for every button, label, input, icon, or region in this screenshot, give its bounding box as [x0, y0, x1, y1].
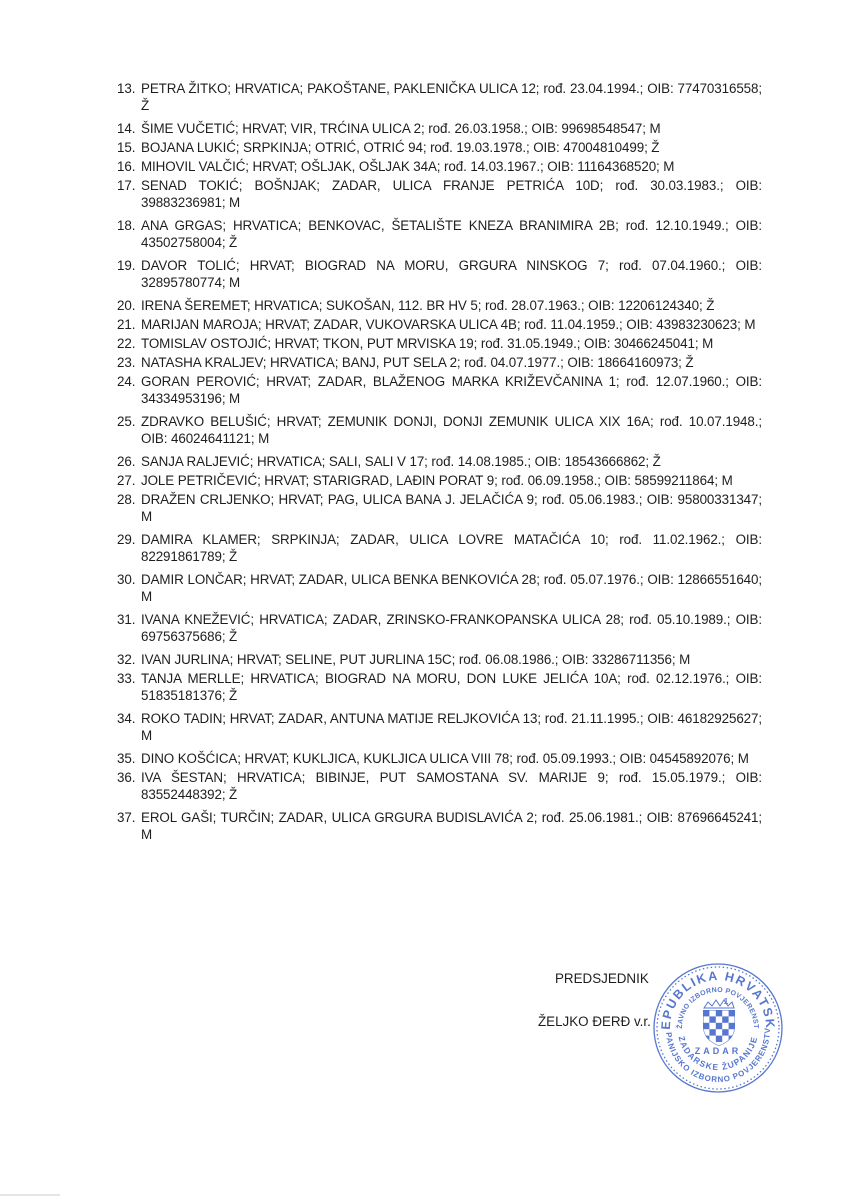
entry-number: 21. — [117, 316, 141, 333]
entry-text: TOMISLAV OSTOJIĆ; HRVAT; TKON, PUT MRVIS… — [141, 335, 762, 352]
entry-number: 28. — [117, 491, 141, 508]
entry-text: TANJA MERLLE; HRVATICA; BIOGRAD NA MORU,… — [141, 670, 762, 704]
list-item: 33.TANJA MERLLE; HRVATICA; BIOGRAD NA MO… — [117, 670, 762, 704]
entry-number: 29. — [117, 531, 141, 548]
list-item: 23.NATASHA KRALJEV; HRVATICA; BANJ, PUT … — [117, 354, 762, 371]
entry-number: 15. — [117, 139, 141, 156]
entry-text: IVAN JURLINA; HRVAT; SELINE, PUT JURLINA… — [141, 651, 762, 668]
list-item: 16.MIHOVIL VALČIĆ; HRVAT; OŠLJAK, OŠLJAK… — [117, 158, 762, 175]
entry-number: 16. — [117, 158, 141, 175]
entry-text: ZDRAVKO BELUŠIĆ; HRVAT; ZEMUNIK DONJI, D… — [141, 413, 762, 447]
list-item: 27.JOLE PETRIČEVIĆ; HRVAT; STARIGRAD, LA… — [117, 472, 762, 489]
list-item: 30.DAMIR LONČAR; HRVAT; ZADAR, ULICA BEN… — [117, 571, 762, 605]
candidate-list: 13.PETRA ŽITKO; HRVATICA; PAKOŠTANE, PAK… — [117, 80, 762, 849]
entry-text: MIHOVIL VALČIĆ; HRVAT; OŠLJAK, OŠLJAK 34… — [141, 158, 762, 175]
entry-text: DAMIR LONČAR; HRVAT; ZADAR, ULICA BENKA … — [141, 571, 762, 605]
entry-number: 30. — [117, 571, 141, 588]
list-item: 19.DAVOR TOLIĆ; HRVAT; BIOGRAD NA MORU, … — [117, 257, 762, 291]
signature-title: PREDSJEDNIK — [555, 970, 649, 987]
entry-text: IVA ŠESTAN; HRVATICA; BIBINJE, PUT SAMOS… — [141, 769, 762, 803]
entry-text: NATASHA KRALJEV; HRVATICA; BANJ, PUT SEL… — [141, 354, 762, 371]
entry-text: DAMIRA KLAMER; SRPKINJA; ZADAR, ULICA LO… — [141, 531, 762, 565]
list-item: 29.DAMIRA KLAMER; SRPKINJA; ZADAR, ULICA… — [117, 531, 762, 565]
entry-number: 14. — [117, 120, 141, 137]
entry-number: 20. — [117, 297, 141, 314]
entry-number: 22. — [117, 335, 141, 352]
list-item: 34.ROKO TADIN; HRVAT; ZADAR, ANTUNA MATI… — [117, 710, 762, 744]
entry-text: DINO KOŠĆICA; HRVAT; KUKLJICA, KUKLJICA … — [141, 750, 762, 767]
list-item: 37.EROL GAŠI; TURČIN; ZADAR, ULICA GRGUR… — [117, 809, 762, 843]
list-item: 13.PETRA ŽITKO; HRVATICA; PAKOŠTANE, PAK… — [117, 80, 762, 114]
entry-text: DAVOR TOLIĆ; HRVAT; BIOGRAD NA MORU, GRG… — [141, 257, 762, 291]
entry-number: 23. — [117, 354, 141, 371]
list-item: 36.IVA ŠESTAN; HRVATICA; BIBINJE, PUT SA… — [117, 769, 762, 803]
entry-text: EROL GAŠI; TURČIN; ZADAR, ULICA GRGURA B… — [141, 809, 762, 843]
entry-number: 25. — [117, 413, 141, 430]
entry-text: JOLE PETRIČEVIĆ; HRVAT; STARIGRAD, LAĐIN… — [141, 472, 762, 489]
entry-number: 19. — [117, 257, 141, 274]
entry-text: SANJA RALJEVIĆ; HRVATICA; SALI, SALI V 1… — [141, 453, 762, 470]
entry-number: 17. — [117, 177, 141, 194]
entry-text: PETRA ŽITKO; HRVATICA; PAKOŠTANE, PAKLEN… — [141, 80, 762, 114]
list-item: 35.DINO KOŠĆICA; HRVAT; KUKLJICA, KUKLJI… — [117, 750, 762, 767]
svg-text:ZADAR: ZADAR — [695, 1046, 742, 1056]
entry-number: 27. — [117, 472, 141, 489]
entry-text: IRENA ŠEREMET; HRVATICA; SUKOŠAN, 112. B… — [141, 297, 762, 314]
entry-number: 37. — [117, 809, 141, 826]
scan-artifact — [0, 1194, 60, 1196]
entry-text: GORAN PEROVIĆ; HRVAT; ZADAR, BLAŽENOG MA… — [141, 373, 762, 407]
entry-number: 33. — [117, 670, 141, 687]
document-page: 13.PETRA ŽITKO; HRVATICA; PAKOŠTANE, PAK… — [0, 0, 849, 1200]
entry-text: BOJANA LUKIĆ; SRPKINJA; OTRIĆ, OTRIĆ 94;… — [141, 139, 762, 156]
list-item: 14.ŠIME VUČETIĆ; HRVAT; VIR, TRĆINA ULIC… — [117, 120, 762, 137]
list-item: 28.DRAŽEN CRLJENKO; HRVAT; PAG, ULICA BA… — [117, 491, 762, 525]
list-item: 25.ZDRAVKO BELUŠIĆ; HRVAT; ZEMUNIK DONJI… — [117, 413, 762, 447]
entry-number: 36. — [117, 769, 141, 786]
list-item: 31.IVANA KNEŽEVIĆ; HRVATICA; ZADAR, ZRIN… — [117, 611, 762, 645]
list-item: 21.MARIJAN MAROJA; HRVAT; ZADAR, VUKOVAR… — [117, 316, 762, 333]
entry-text: DRAŽEN CRLJENKO; HRVAT; PAG, ULICA BANA … — [141, 491, 762, 525]
entry-text: ANA GRGAS; HRVATICA; BENKOVAC, ŠETALIŠTE… — [141, 217, 762, 251]
list-item: 24.GORAN PEROVIĆ; HRVAT; ZADAR, BLAŽENOG… — [117, 373, 762, 407]
list-item: 26.SANJA RALJEVIĆ; HRVATICA; SALI, SALI … — [117, 453, 762, 470]
entry-number: 18. — [117, 217, 141, 234]
entry-text: ROKO TADIN; HRVAT; ZADAR, ANTUNA MATIJE … — [141, 710, 762, 744]
entry-text: SENAD TOKIĆ; BOŠNJAK; ZADAR, ULICA FRANJ… — [141, 177, 762, 211]
list-item: 18.ANA GRGAS; HRVATICA; BENKOVAC, ŠETALI… — [117, 217, 762, 251]
entry-number: 34. — [117, 710, 141, 727]
entry-number: 31. — [117, 611, 141, 628]
entry-number: 32. — [117, 651, 141, 668]
entry-text: IVANA KNEŽEVIĆ; HRVATICA; ZADAR, ZRINSKO… — [141, 611, 762, 645]
list-item: 17.SENAD TOKIĆ; BOŠNJAK; ZADAR, ULICA FR… — [117, 177, 762, 211]
list-item: 22.TOMISLAV OSTOJIĆ; HRVAT; TKON, PUT MR… — [117, 335, 762, 352]
signature-name: ŽELJKO ĐERĐ v.r. — [538, 1013, 651, 1030]
list-item: 20.IRENA ŠEREMET; HRVATICA; SUKOŠAN, 112… — [117, 297, 762, 314]
entry-number: 24. — [117, 373, 141, 390]
entry-number: 13. — [117, 80, 141, 97]
entry-number: 26. — [117, 453, 141, 470]
list-item: 32.IVAN JURLINA; HRVAT; SELINE, PUT JURL… — [117, 651, 762, 668]
entry-text: ŠIME VUČETIĆ; HRVAT; VIR, TRĆINA ULICA 2… — [141, 120, 762, 137]
entry-number: 35. — [117, 750, 141, 767]
list-item: 15.BOJANA LUKIĆ; SRPKINJA; OTRIĆ, OTRIĆ … — [117, 139, 762, 156]
entry-text: MARIJAN MAROJA; HRVAT; ZADAR, VUKOVARSKA… — [141, 316, 762, 333]
official-stamp-icon: REPUBLIKA HRVATSKA DRŽAVNO IZBORNO POVJE… — [648, 958, 788, 1098]
